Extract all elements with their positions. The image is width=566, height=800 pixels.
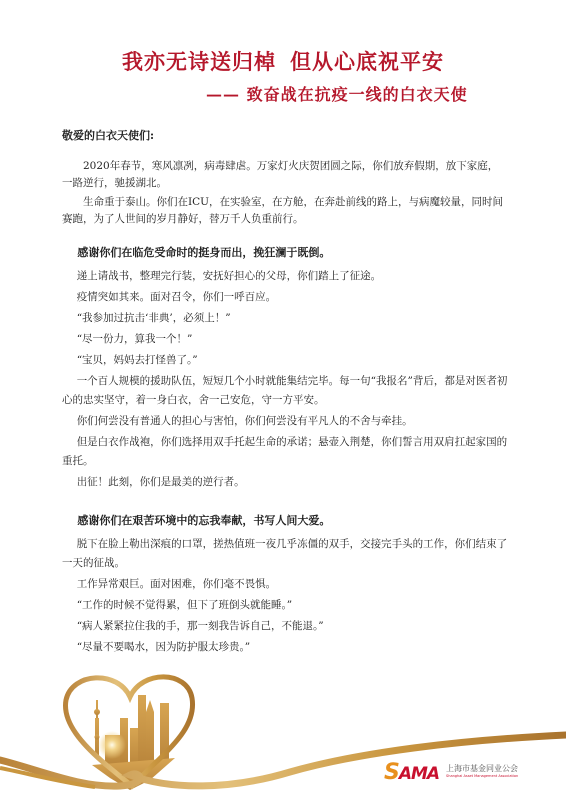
quote-line: “宝贝，妈妈去打怪兽了。” <box>62 351 508 370</box>
title-part-1: 我亦无诗送归棹 <box>122 49 276 74</box>
section-heading: 感谢你们在艰苦环境中的忘我奉献，书写人间大爱。 <box>77 512 508 529</box>
letter-page: 我亦无诗送归棹但从心底祝平安 —— 致奋战在抗疫一线的白衣天使 敬爱的白衣天使们… <box>0 0 566 800</box>
letter-body: 敬爱的白衣天使们: 2020年春节，寒风凛冽，病毒肆虐。万家灯火庆贺团圆之际，你… <box>62 127 508 659</box>
section-heading: 感谢你们在临危受命时的挺身而出，挽狂澜于既倒。 <box>77 244 508 261</box>
quote-line: “工作的时候不觉得累，但下了班倒头就能睡。” <box>62 596 508 615</box>
section-paragraph: 疫情突如其来。面对召令，你们一呼百应。 <box>62 288 508 307</box>
section-paragraph: 但是白衣作战袍，你们选择用双手托起生命的承诺；悬壶入荆楚，你们誓言用双肩扛起家国… <box>62 433 508 471</box>
page-subtitle: —— 致奋战在抗疫一线的白衣天使 <box>206 82 468 105</box>
title-part-2: 但从心底祝平安 <box>290 49 444 74</box>
salutation: 敬爱的白衣天使们: <box>62 127 508 144</box>
association-name-en: Shanghai Asset Management Association <box>446 774 518 778</box>
section-paragraph: 一个百人规模的援助队伍，短短几个小时就能集结完毕。每一句“我报名”背后，都是对医… <box>62 372 508 410</box>
intro-paragraph: 2020年春节，寒风凛冽，病毒肆虐。万家灯火庆贺团圆之际，你们放弃假期，放下家庭… <box>62 158 508 192</box>
quote-line: “我参加过抗击‘非典’，必须上！” <box>62 309 508 328</box>
quote-line: “尽一份力，算我一个！” <box>62 330 508 349</box>
section-paragraph: 脱下在脸上勒出深痕的口罩，搓热值班一夜几乎冻僵的双手，交接完手头的工作，你们结束… <box>62 535 508 573</box>
section-paragraph: 你们何尝没有普通人的担心与害怕，你们何尝没有平凡人的不舍与牵挂。 <box>62 412 508 431</box>
section-paragraph: 工作异常艰巨。面对困难，你们毫不畏惧。 <box>62 575 508 594</box>
page-title: 我亦无诗送归棹但从心底祝平安 <box>0 46 566 76</box>
intro-paragraph: 生命重于泰山。你们在ICU，在实验室，在方舱，在奔赴前线的路上，与病魔较量，同时… <box>62 194 508 228</box>
sama-logo-mark: SAMA <box>384 760 439 785</box>
section-paragraph: 递上请战书，整理完行装，安抚好担心的父母，你们踏上了征途。 <box>62 267 508 286</box>
sama-logo: SAMA 上海市基金同业公会 Shanghai Asset Management… <box>384 760 544 790</box>
section-paragraph: 出征！此刻，你们是最美的逆行者。 <box>62 473 508 492</box>
association-name-cn: 上海市基金同业公会 <box>446 763 518 774</box>
